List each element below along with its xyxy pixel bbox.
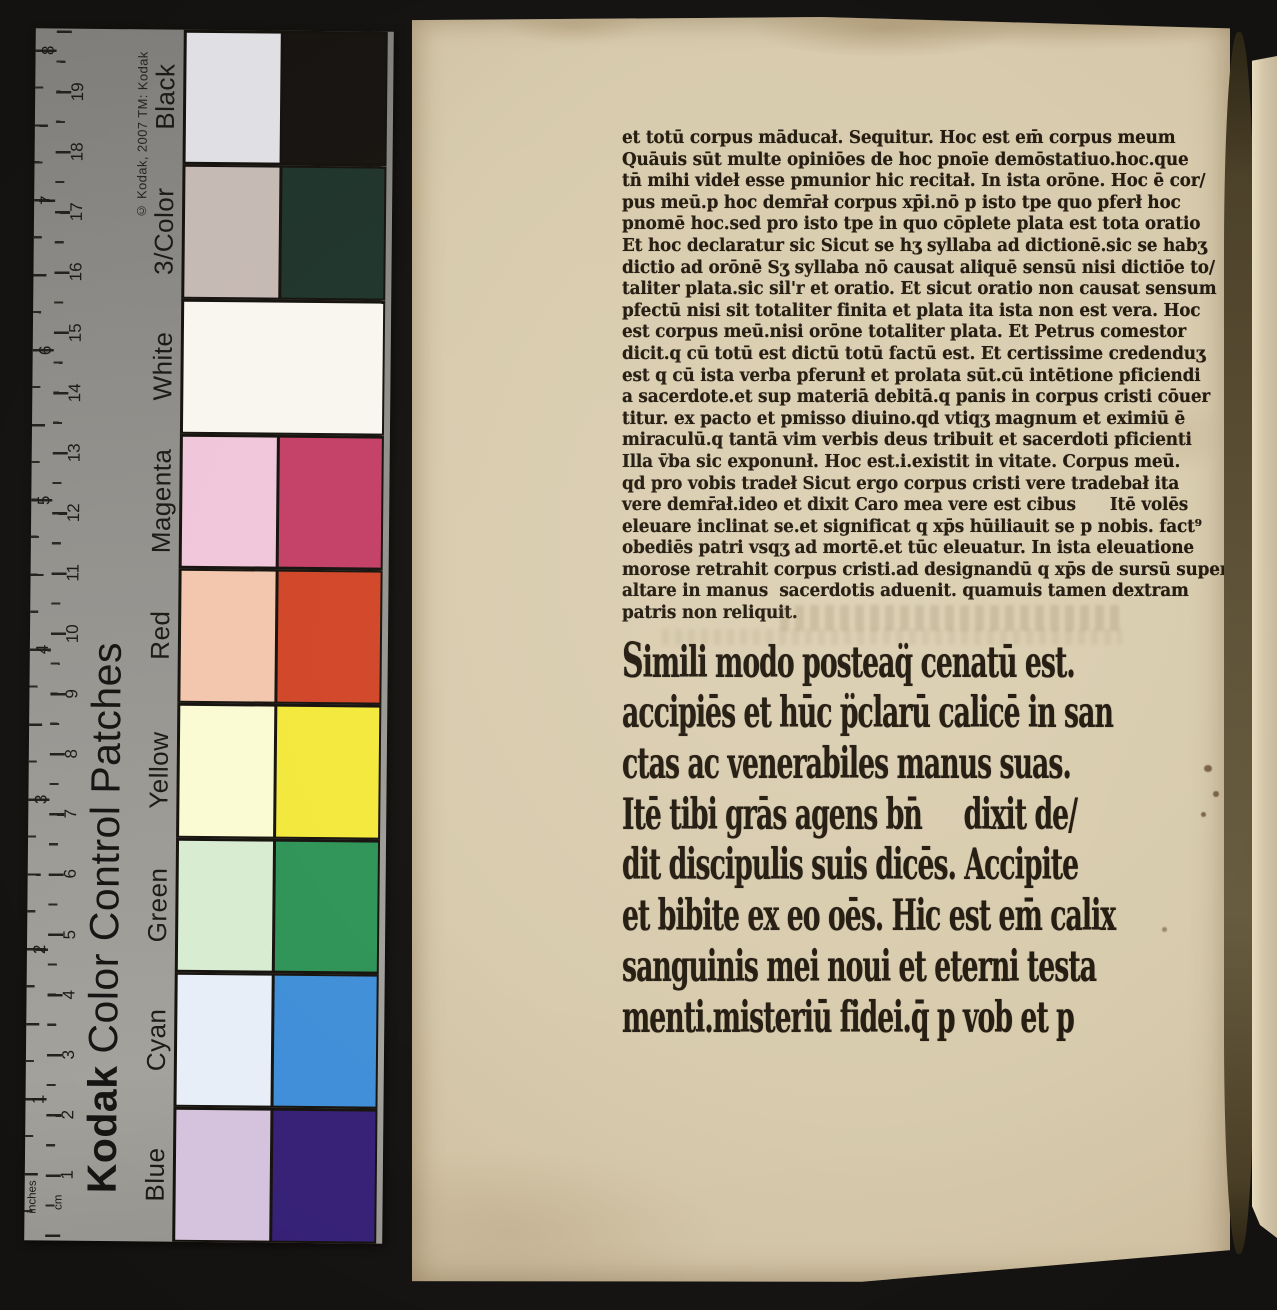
patch-label-text: Black [149,64,181,130]
large-text-line: ctas ac venerabiles manus suas. [622,739,1209,790]
large-text-block: Simili modo posteaq̈ cenatū est.accipiēs… [622,636,1196,1044]
large-text-line: menti.misteriū fidei.q̄ p vob et p [622,993,1209,1044]
small-text-line: est q cū ista verba pferunł et prolata s… [622,366,1179,388]
cm-number: 14 [45,379,105,406]
patch-label: 3/Color [145,164,182,299]
patch-row-cyan: Cyan [137,972,378,1109]
small-text-line: tn̄ mihi videł esse pmunior hic recitał.… [622,171,1179,193]
patch-swatch-white [182,302,382,434]
patch-label-text: Red [144,611,175,660]
patch-row-green: Green [139,837,380,974]
stain-speck [1201,812,1206,817]
inch-number: 8 [0,39,124,62]
patch-label: Blue [136,1107,173,1242]
patch-label: Magenta [143,433,180,568]
small-text-line: titur. ex pacto et pmisso diuino.qd vtiq… [622,409,1179,431]
patch-label-text: Green [142,867,174,942]
stain-speck [1213,791,1219,797]
cm-number: 12 [44,500,104,527]
cm-unit-label: cm [52,1195,64,1210]
patch-label-text: 3/Color [148,188,180,276]
brand-rest: Color Control Patches [80,642,130,1066]
patch-swatches [183,30,388,167]
patch-label: Cyan [137,972,174,1107]
large-text-line: dit discipulis suis dicēs. Accipite [622,840,1209,891]
small-text-line: morose retrahit corpus cristi.ad designa… [622,560,1179,582]
small-text-line: pnomē hoc.sed pro isto tpe in quo cōplet… [622,214,1179,236]
large-text-line: accipiēs et hūc p̈clarū calicē in san [622,688,1209,739]
cm-number: 17 [47,199,107,226]
patch-row-black: Black [147,29,388,166]
text-block: et totū corpus māducał. Sequitur. Hoc es… [622,128,1196,1043]
patch-swatch-light [179,706,274,837]
brand-text: Kodak Color Control Patches [79,642,131,1194]
patch-swatch-dark [277,572,380,703]
patch-swatch-light [176,975,271,1106]
manuscript-page: et totū corpus māducał. Sequitur. Hoc es… [412,17,1230,1283]
patch-swatch-light [181,436,276,567]
small-text-line: a sacerdote.et sup materiā debitā.q pani… [622,387,1179,409]
large-text-line: sanguinis mei noui et eterni testa [622,942,1209,993]
patch-label-text: Yellow [143,731,175,809]
patch-label: Green [139,837,176,972]
patch-swatch-light [180,571,275,702]
patch-swatch-light [185,32,280,163]
patch-swatch-dark [282,33,385,164]
patch-label: Black [147,29,184,164]
patch-row-yellow: Yellow [140,703,381,840]
patch-swatches [176,703,381,840]
cm-number: 13 [45,440,105,467]
small-text-line: altare in manus sacerdotis aduenit. quam… [622,581,1179,603]
inches-unit-label: inches [26,1180,38,1213]
adjacent-leaf-edge [1252,56,1277,1238]
small-text-line: Et hoc declaratur sic Sicut se hʒ syllab… [622,236,1179,258]
small-text-line: miraculū.q tantā vim verbis deus tribuit… [622,430,1179,452]
small-text-line: pus meū.p hoc demr̄ał corpus xp̄i.nō p i… [622,193,1179,215]
book-gutter-shadow [1224,32,1254,1254]
patch-label-text: White [147,332,179,401]
cm-number: 19 [48,78,108,105]
stain-speck [1204,765,1212,772]
patch-swatch-light [177,840,272,971]
small-text-line: dictio ad orōnē Sʒ syllaba nō causat ali… [622,258,1179,280]
small-text-line: est corpus meū.nisi orōne totaliter plat… [622,322,1179,344]
small-text-line: eleuare inclinat se.et significat q xp̄s… [622,517,1179,539]
small-text-line: dicit.q cū totū est dictū totū factū est… [622,344,1179,366]
patch-row-red: Red [141,568,382,705]
patch-rows: Black 3/Color White Magen [136,29,388,1243]
brand-kodak: Kodak [79,1065,126,1193]
photo-background: 87654321 19181716151413121110987654321 i… [0,0,1277,1310]
patch-swatches [172,1107,377,1244]
small-text-line: taliter plata.sic sil'r et oratio. Et si… [622,279,1179,301]
large-text-line: Itē tibi grās agens bn̄ dixit de/ [622,790,1209,841]
large-text-line: et bibite ex eo oēs. Hic est em̄ calix [622,891,1209,942]
patch-label-text: Cyan [140,1008,172,1071]
patch-swatch-dark [278,437,381,568]
patch-label: White [144,299,181,434]
patch-swatches [181,164,386,301]
cm-number: 15 [46,319,106,346]
patch-swatch-dark [276,707,379,838]
small-text-line: Illa v̄ba sic exponunł. Hoc est.i.existi… [622,452,1179,474]
patch-swatch-dark [273,976,376,1107]
patch-swatch-dark [272,1111,375,1242]
kodak-color-target: 87654321 19181716151413121110987654321 i… [24,28,394,1243]
small-text-line: obediēs patri vsqʒ ad mortē.et tūc eleua… [622,538,1179,560]
patch-row-blue: Blue [136,1107,377,1244]
small-text-block: et totū corpus māducał. Sequitur. Hoc es… [622,128,1196,625]
patch-swatches [180,299,385,436]
patch-row-3color: 3/Color [145,164,386,301]
patch-swatches [179,434,384,571]
small-text-line: et totū corpus māducał. Sequitur. Hoc es… [622,128,1179,150]
patch-label-text: Magenta [145,448,177,553]
patch-row-white: White [144,299,385,436]
show-through-smudge [780,605,1120,631]
patch-row-magenta: Magenta [143,433,384,570]
patch-swatches [173,972,378,1109]
small-text-line: Quāuis sūt multe opiniōes de hoc pnoīe d… [622,150,1179,172]
patch-swatch-dark [281,168,384,299]
small-text-line: pfectū nisi sit totaliter finita et plat… [622,301,1179,323]
stain-speck [1162,927,1167,932]
show-through-smudge [662,629,1122,645]
small-text-line: vere demr̄ał.ideo et dixit Caro mea vere… [622,495,1179,517]
patch-swatch-light [184,167,279,298]
cm-number: 18 [47,139,107,166]
patch-swatches [177,568,382,705]
patch-swatch-light [175,1110,270,1241]
patch-label: Red [141,568,178,703]
patch-swatches [175,838,380,975]
cm-number: 11 [43,560,103,587]
patch-swatch-dark [274,841,377,972]
cm-number: 16 [46,259,106,286]
patch-label-text: Blue [139,1147,171,1201]
patch-label: Yellow [140,703,177,838]
small-text-line: qd pro vobis tradeł Sicut ergo corpus cr… [622,474,1179,496]
